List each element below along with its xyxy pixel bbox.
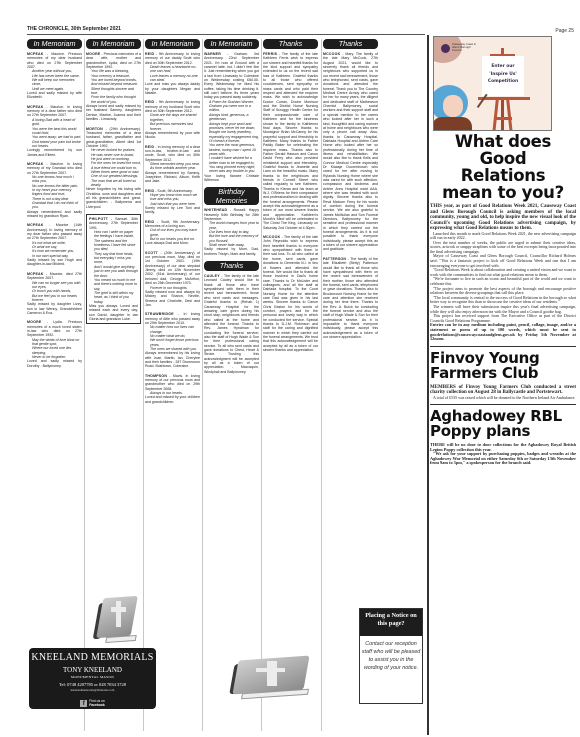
notice-signoff: Sadly missed by Mum, Dad, brothers Trist…: [204, 247, 259, 256]
notice-body: - The family of the late Elizabeth (Bett…: [323, 257, 378, 339]
notice-entry: MOORE - Lydia. Precious memories of a mu…: [27, 320, 82, 368]
ad-email: kneelandmemorials@btinternet.com: [29, 688, 156, 692]
section-banner-thanks: Thanks: [204, 261, 259, 271]
council-logo-icon: [441, 44, 450, 53]
article-paragraph: Over the next number of weeks, the publi…: [430, 241, 576, 255]
notice-verse: No-one knows how much I miss you,No-one …: [27, 175, 82, 210]
section-banner-birthday-memories: Birthday Memories: [204, 187, 259, 205]
notice-body: - The family of the late Leonard Cauley …: [204, 274, 259, 374]
notice-verse: A Poem for Graham Warner,Graham you were…: [204, 100, 259, 174]
column-2: In Memoriam MOORE - Precious memories of…: [86, 39, 141, 329]
notice-verse: It's not what we write,Or what we say,It…: [27, 241, 82, 258]
news-column: Causeway Coast & Glens Borough Council E…: [430, 36, 576, 466]
ad-subtitle: MONUMENTAL MASON: [29, 675, 156, 679]
notice-entry: PATTERSON - The family of the late Eliza…: [323, 257, 378, 340]
notice-verse: The world changes from year to year,Our …: [204, 221, 259, 247]
notice-body: - Graham. 3rd Anniversary. 22nd Septembe…: [204, 52, 259, 99]
notice-entry: REID - 9th Anniversary. In loving memory…: [145, 52, 200, 95]
column-divider: [261, 39, 262, 731]
notice-signoff: Sorely missed by Lee Toni and family.: [145, 206, 200, 215]
column-4: In Memoriam WARNER - Graham. 3rd Anniver…: [204, 39, 259, 379]
column-3: In Memoriam REID - 9th Anniversary. In l…: [145, 39, 200, 409]
notice-entry: MCPEAK - Maurice. In loving memory of a …: [27, 105, 82, 157]
column-6: Thanks MCCOOK - Mary. The family of the …: [323, 39, 378, 344]
easel-canvas: Enter our 'Inspire Us' Competition: [482, 56, 524, 96]
notice-entry: REID - Scott, 9th Anniversary.Hope you k…: [145, 189, 200, 215]
notice-verse: No matter how our lives can change,No ma…: [145, 325, 200, 351]
notice-verse: May the winds of love blow on that gentl…: [27, 338, 82, 360]
page-number: Page 25: [555, 28, 574, 34]
aghadowey-headline: Aghadowey RBL Poppy plans: [430, 409, 576, 440]
bible-illustration: [100, 597, 134, 637]
notice-verse: A loving Dad with a heart of gold,You we…: [27, 118, 82, 148]
notice-entry: REID - 9th Anniversary. In loving memory…: [145, 100, 200, 139]
article-divider: [430, 346, 576, 347]
placing-notice-box: Placing a Notice on this page? Contact o…: [359, 608, 423, 704]
notice-entry: MOORE - Precious memories of a dear wife…: [86, 52, 141, 122]
notice-entry: MCCOOK - The family of the late John Rey…: [263, 235, 318, 352]
notice-body: - 9th Anniversary. In loving memory of m…: [145, 100, 200, 113]
notice-verse: Your life was a blessing,Your memory a t…: [86, 69, 141, 104]
notice-signoff: Always remembered and sadly missed by gr…: [27, 210, 82, 219]
notice-entry: SCOTT - (20th Anniversary) of our precio…: [145, 251, 200, 307]
column-divider: [202, 39, 203, 731]
notice-signoff: Love always Dad and Mum.: [145, 241, 200, 245]
notice-signoff: Loved and sadly missed by wife Elizabeth…: [27, 91, 82, 100]
section-banner-in-memoriam: In Memoriam: [204, 39, 259, 49]
section-banner-in-memoriam: In Memoriam: [27, 39, 82, 49]
notice-body: - Mary. The family of the late Mary McCo…: [323, 52, 378, 251]
notice-entry: MCPEAK - Maurice (14th Anniversary). In …: [27, 223, 82, 266]
notice-body: - The family of the late John Reynolds w…: [263, 235, 318, 352]
notice-entry: REID - Scott, 9th Anniversary. Memories …: [145, 220, 200, 246]
notice-verse: Another year without you,Life has never …: [27, 69, 82, 91]
notice-entry: CAULEY - The family of the late Leonard …: [204, 274, 259, 374]
header-divider: [27, 34, 425, 35]
notice-verse: He never looked for praises,He was never…: [86, 148, 141, 187]
bible-illustration: [236, 658, 306, 692]
ad-title: KNEELAND MEMORIALS: [29, 652, 156, 663]
article-divider: [430, 404, 576, 405]
notice-signoff: Loved and missed by your children and gr…: [145, 395, 200, 404]
notice-signoff: Loved and sadly missed by Dorothy - Ball…: [27, 359, 82, 368]
placing-notice-heading: Placing a Notice on this page?: [360, 609, 422, 636]
facebook-icon: f: [80, 700, 87, 707]
notice-entry: MCCOOK - Mary. The family of the late Ma…: [323, 52, 378, 252]
good-relations-article: THIS year, as part of Good Relations Wee…: [430, 204, 576, 342]
notice-entry: MORTON - (29th Anniversary). Treasured m…: [86, 127, 141, 210]
notice-signoff: Always loved and sadly missed by her hus…: [86, 104, 141, 121]
finvoy-headline: Finvoy Young Farmers Club: [430, 351, 576, 382]
notice-signoff: Sadly missed now and always by Mickey an…: [145, 290, 200, 307]
section-banner-thanks: Thanks: [263, 39, 318, 49]
notice-verse: Hope you know how much we love and miss …: [145, 193, 200, 206]
right-column-divider: [427, 35, 429, 735]
column-divider: [321, 39, 322, 731]
notice-entry: MCPEAK - Maurice, died 27th September 20…: [27, 272, 82, 315]
notice-signoff: Always remembered by Sammy, Josephine, R…: [145, 171, 200, 184]
notice-body: - Scott, 9th Anniversary. Memories of a …: [145, 220, 200, 228]
column-divider: [143, 39, 144, 731]
notice-entry: FERRIS - The family of the late Kathleen…: [263, 52, 318, 230]
notice-verse: Gone are the days we shared together,But…: [145, 113, 200, 130]
notice-entry: MCPEAK - Maurice. In loving memory of my…: [27, 162, 82, 218]
notice-verse: Out of our lives you may have gone,But i…: [145, 228, 200, 241]
good-relations-headline: What does Good Relations mean to you?: [430, 133, 576, 201]
notice-body: - In loving memory of a dear son-in-law,…: [145, 145, 200, 162]
notice-signoff: Sadly missed by son Hugh and daughter-in…: [27, 258, 82, 267]
finvoy-article: MEMBERS of Finvoy Young Farmers Club con…: [430, 385, 576, 401]
notice-signoff: Love and miss you always daddy by your d…: [145, 82, 200, 95]
column-1: In Memoriam MCPEAK - Maurice. Precious m…: [27, 39, 82, 373]
section-banner-in-memoriam: In Memoriam: [145, 39, 200, 49]
council-name: Causeway Coast & Glens Borough Council: [452, 43, 478, 53]
publication-dateline: THE CHRONICLE, 30th September 2021: [27, 26, 121, 32]
ad-phone: Tel: 0748 4207785 or 028 7034 3728: [29, 682, 156, 687]
placing-notice-body: Contact our reception staff who will be …: [360, 636, 422, 672]
notice-body: - 9th Anniversary. In loving memory of o…: [145, 52, 200, 65]
notice-entry: THOMPSON - Mavis. In loving memory of ou…: [145, 374, 200, 404]
notice-entry: STRAWBRIDGE - In loving memory of Alfie …: [145, 312, 200, 368]
facebook-badge: f Find us onFacebook: [80, 700, 104, 707]
notice-signoff: Never forgotten by his loving wife Chris…: [86, 187, 141, 209]
notice-signoff: Always remembered by his loving wife Joa…: [145, 351, 200, 368]
article-paragraph: Mayor of Causeway Coast and Glens Boroug…: [430, 254, 576, 268]
notice-body: - The family of the late Kathleen Ferris…: [263, 52, 318, 230]
notice-signoff: Always remembered by your wife Nicola.: [145, 131, 200, 140]
notice-entry: WARNER - Graham. 3rd Anniversary. 22nd S…: [204, 52, 259, 182]
column-5: Thanks FERRIS - The family of the late K…: [263, 39, 318, 357]
section-banner-in-memoriam: In Memoriam: [86, 39, 141, 49]
notice-verse: Death leaves a heartache no-one can heal…: [145, 65, 200, 82]
notice-body: - (20th Anniversary) of our precious mum…: [145, 251, 200, 285]
notice-signoff: Lovingly remembered by son James and Eil…: [27, 148, 82, 157]
notice-verse: Silent memories keep you near,As time un…: [145, 162, 200, 171]
kneeland-memorials-ad: KNEELAND MEMORIALS TONY KNEELAND MONUMEN…: [29, 648, 156, 709]
notice-entry: WHITEHEAD - Russell. Happy Heavenly 54th…: [204, 208, 259, 256]
notice-entry: MCPEAK - Maurice. Precious memories of m…: [27, 52, 82, 100]
notice-entry: REID - In loving memory of a dear son-in…: [145, 145, 200, 184]
aghadowey-article: THERE will be no door to door collection…: [430, 443, 576, 466]
column-divider: [84, 39, 85, 731]
inspire-us-ad: Causeway Coast & Glens Borough Council E…: [433, 36, 552, 131]
notice-signoff: Your loving fiancee Chrissie Witherow.: [204, 174, 259, 183]
notice-entry: PHILPOTT - Samuel. 30th Anniversary. 27t…: [86, 214, 141, 324]
notice-signoff: Miss you always. Loved and missed each a…: [89, 304, 138, 321]
section-banner-thanks: Thanks: [323, 39, 378, 49]
ad-name: TONY KNEELAND: [29, 666, 156, 674]
notice-verse: How can I write on paper the feelings I …: [89, 230, 138, 304]
notice-signoff: Sadly missed by daughter Lizzy, son in l…: [27, 302, 82, 315]
notice-verse: We can no longer see you with our eyes,O…: [27, 281, 82, 303]
